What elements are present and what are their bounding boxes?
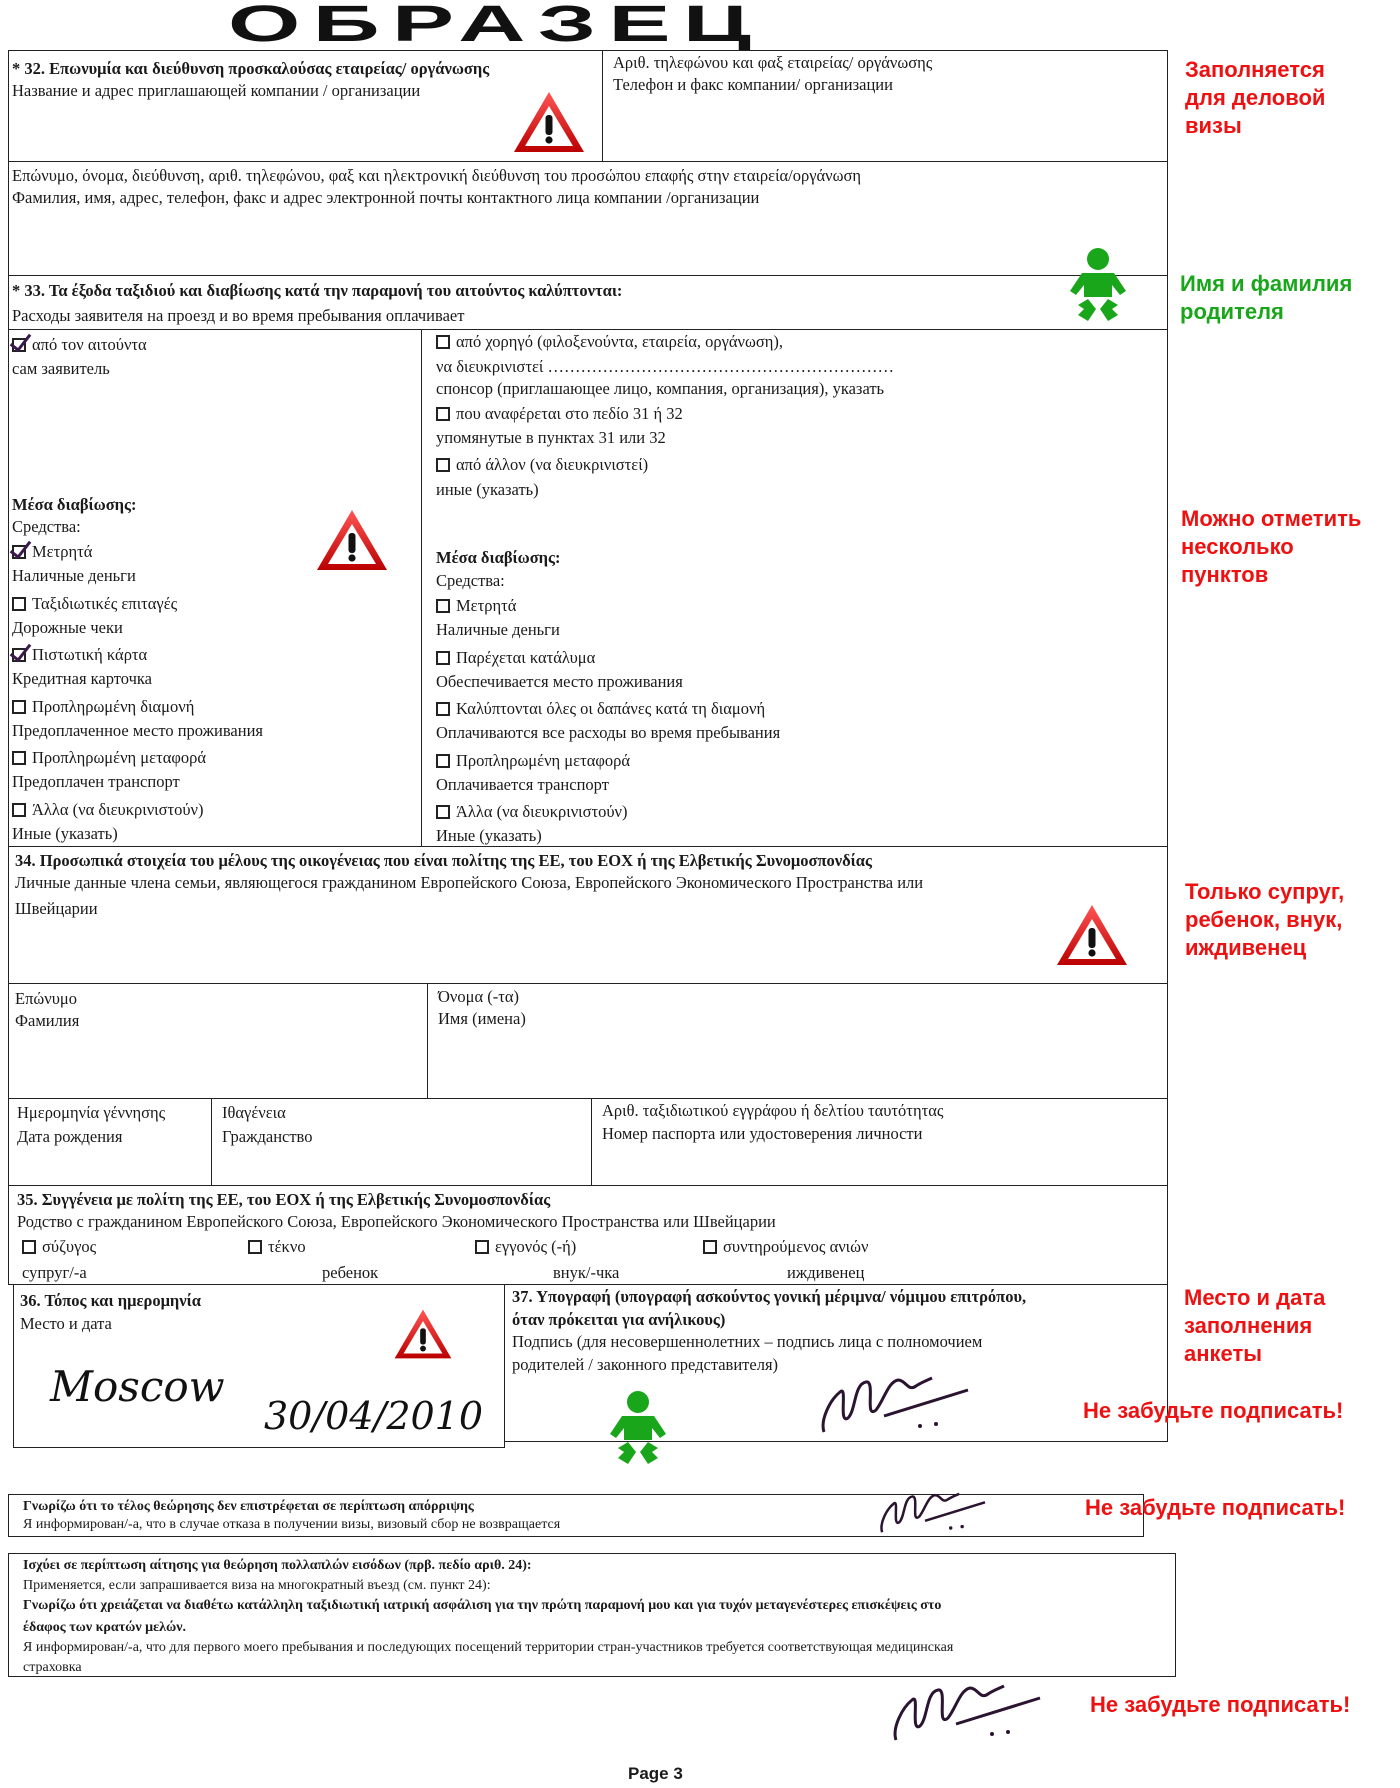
s32-phone-ru: Телефон и факс компании/ организации bbox=[613, 74, 893, 96]
warning-icon bbox=[512, 90, 586, 154]
s35-title-ru: Родство с гражданином Европейского Союза… bbox=[17, 1211, 776, 1233]
option-label-ru: Оплачиваются все расходы во время пребыв… bbox=[436, 722, 780, 744]
signature[interactable] bbox=[870, 1488, 1000, 1538]
s34-doc-ru: Номер паспорта или удостоверения личност… bbox=[602, 1123, 922, 1145]
checkbox[interactable] bbox=[475, 1240, 489, 1254]
s33-title-ru: Расходы заявителя на проезд и во время п… bbox=[12, 305, 464, 327]
s32-phone-field[interactable] bbox=[612, 98, 1162, 158]
left-option[interactable]: Προπληρωμένη διαμονή bbox=[12, 696, 194, 718]
signature[interactable] bbox=[818, 1370, 978, 1440]
s34-name-field[interactable] bbox=[432, 1034, 1162, 1094]
checkbox[interactable] bbox=[703, 1240, 717, 1254]
note-sign-3: Не забудьте подписать! bbox=[1090, 1691, 1350, 1719]
s34-doc-gr: Αριθ. ταξιδιωτικού εγγράφου ή δελτίου τα… bbox=[602, 1100, 943, 1122]
s33-other-ru: иные (указать) bbox=[436, 479, 539, 501]
s35-relation-option[interactable]: σύζυγος bbox=[22, 1236, 96, 1258]
option-label-ru: Обеспечивается место проживания bbox=[436, 671, 683, 693]
checkbox[interactable] bbox=[436, 599, 450, 613]
s33-sponsor-specify[interactable]: να διευκρινιστεί ……………………………………………………… bbox=[436, 356, 894, 378]
s37-title-ru-2: родителей / законного представителя) bbox=[512, 1354, 778, 1376]
relation-label-ru: супруг/-а bbox=[22, 1262, 87, 1284]
option-label-gr: Προπληρωμένη διαμονή bbox=[32, 697, 194, 716]
baby-icon bbox=[606, 1390, 670, 1468]
right-option[interactable]: Μετρητά bbox=[436, 595, 516, 617]
right-option[interactable]: Παρέχεται κατάλυμα bbox=[436, 647, 595, 669]
s33-sponsor-ru: спонсор (приглашающее лицо, компания, ор… bbox=[436, 378, 884, 400]
option-label-gr: Παρέχεται κατάλυμα bbox=[456, 648, 595, 667]
relation-label-gr: σύζυγος bbox=[42, 1237, 96, 1256]
s33-payer-applicant[interactable]: από τον αιτούντα bbox=[12, 334, 147, 356]
relation-label-gr: συντηρούμενος ανιών bbox=[723, 1237, 868, 1256]
s36-place-value[interactable]: Moscow bbox=[50, 1362, 225, 1411]
note-sign-1: Не забудьте подписать! bbox=[1083, 1397, 1343, 1425]
s36-title-ru: Место и дата bbox=[20, 1313, 112, 1335]
left-option[interactable]: Πιστωτική κάρτα bbox=[12, 644, 147, 666]
s33-sponsor[interactable]: από χορηγό (φιλοξενούντα, εταιρεία, οργά… bbox=[436, 331, 783, 353]
s34-dob-gr: Ημερομηνία γέννησης bbox=[17, 1102, 165, 1124]
checkbox-other[interactable] bbox=[436, 458, 450, 472]
option-label-ru: Предоплаченное место проживания bbox=[12, 720, 263, 742]
s32-phone-gr: Αριθ. τηλεφώνου και φαξ εταιρείας/ οργάν… bbox=[613, 52, 932, 74]
checkbox-ref-31-32[interactable] bbox=[436, 407, 450, 421]
s33-right-means-gr: Μέσα διαβίωσης: bbox=[436, 547, 561, 569]
s34-name-ru: Имя (имена) bbox=[438, 1008, 526, 1030]
s35-relation-option[interactable]: συντηρούμενος ανιών bbox=[703, 1236, 868, 1258]
s33-ref-ru: упомянутые в пунктах 31 или 32 bbox=[436, 427, 666, 449]
note-multiple-choice: Можно отметитьнесколькопунктов bbox=[1181, 505, 1361, 589]
s34-dob-ru: Дата рождения bbox=[17, 1126, 122, 1148]
right-option[interactable]: Καλύπτονται όλες οι δαπάνες κατά τη διαμ… bbox=[436, 698, 765, 720]
multi-ru-3: страховка bbox=[23, 1659, 82, 1677]
s34-nat-gr: Ιθαγένεια bbox=[222, 1102, 286, 1124]
left-option[interactable]: Μετρητά bbox=[12, 541, 92, 563]
checkbox[interactable] bbox=[22, 1240, 36, 1254]
s36-title-gr: 36. Τόπος και ημερομηνία bbox=[20, 1290, 201, 1312]
left-option[interactable]: Άλλα (να διευκρινιστούν) bbox=[12, 799, 204, 821]
checkbox[interactable] bbox=[12, 545, 26, 559]
s34-surname-ru: Фамилия bbox=[15, 1010, 79, 1032]
s32-contact-field[interactable] bbox=[12, 212, 1152, 272]
multi-gr-1: Ισχύει σε περίπτωση αίτησης για θεώρηση … bbox=[23, 1557, 532, 1575]
s33-other[interactable]: από άλλον (να διευκρινιστεί) bbox=[436, 454, 648, 476]
checkbox[interactable] bbox=[12, 648, 26, 662]
signature[interactable] bbox=[890, 1678, 1050, 1748]
s37-title-gr-2: όταν πρόκειται για ανήλικους) bbox=[512, 1309, 725, 1331]
warning-icon bbox=[393, 1307, 453, 1361]
s37-title-ru-1: Подпись (для несовершеннолетних – подпис… bbox=[512, 1331, 982, 1353]
s33-payer-applicant-ru: сам заявитель bbox=[12, 358, 110, 380]
s34-title-ru-1: Личные данные члена семьи, являющегося г… bbox=[15, 872, 923, 894]
s32-company-field[interactable] bbox=[12, 106, 512, 158]
multi-ru-1: Применяется, если запрашивается виза на … bbox=[23, 1577, 491, 1595]
s34-title-gr: 34. Προσωπικά στοιχεία του μέλους της οι… bbox=[15, 850, 872, 872]
relation-label-gr: τέκνο bbox=[268, 1237, 306, 1256]
s34-dob-field[interactable] bbox=[12, 1150, 207, 1182]
s34-title-ru-2: Швейцарии bbox=[15, 898, 98, 920]
option-label-ru: Предоплачен транспорт bbox=[12, 771, 180, 793]
s33-left-means-gr: Μέσα διαβίωσης: bbox=[12, 494, 137, 516]
s33-right-means-ru: Средства: bbox=[436, 570, 505, 592]
s34-surname-field[interactable] bbox=[12, 1034, 422, 1094]
baby-icon bbox=[1066, 247, 1130, 325]
checkbox[interactable] bbox=[12, 803, 26, 817]
page-number: Page 3 bbox=[628, 1764, 683, 1784]
checkbox[interactable] bbox=[248, 1240, 262, 1254]
section-34-box bbox=[8, 846, 1168, 1186]
s35-relation-option[interactable]: εγγονός (-ή) bbox=[475, 1236, 576, 1258]
s34-doc-field[interactable] bbox=[596, 1150, 1162, 1182]
right-option[interactable]: Προπληρωμένη μεταφορά bbox=[436, 750, 630, 772]
multi-gr-3: έδαφος των κρατών μελών. bbox=[23, 1619, 186, 1637]
s32-title-ru: Название и адрес приглашающей компании /… bbox=[12, 80, 420, 102]
s32-contact-ru: Фамилия, имя, адрес, телефон, факс и адр… bbox=[12, 187, 759, 209]
checkbox[interactable] bbox=[436, 805, 450, 819]
option-label-ru: Иные (указать) bbox=[436, 825, 542, 847]
checkbox-applicant[interactable] bbox=[12, 338, 26, 352]
checkbox[interactable] bbox=[436, 702, 450, 716]
option-label-gr: Άλλα (να διευκρινιστούν) bbox=[32, 800, 204, 819]
checkbox-sponsor[interactable] bbox=[436, 335, 450, 349]
option-label-ru: Наличные деньги bbox=[12, 565, 136, 587]
s34-nat-field[interactable] bbox=[216, 1150, 586, 1182]
relation-label-ru: иждивенец bbox=[787, 1262, 864, 1284]
warning-icon bbox=[315, 508, 389, 572]
s34-nat-ru: Гражданство bbox=[222, 1126, 312, 1148]
note-business-visa: Заполняетсядля деловойвизы bbox=[1185, 56, 1325, 140]
s33-ref[interactable]: που αναφέρεται στο πεδίο 31 ή 32 bbox=[436, 403, 683, 425]
fee-notice-gr: Γνωρίζω ότι το τέλος θεώρησης δεν επιστρ… bbox=[23, 1498, 474, 1516]
s37-title-gr-1: 37. Υπογραφή (υπογραφή ασκούντος γονική … bbox=[512, 1286, 1026, 1308]
s34-surname-gr: Επώνυμο bbox=[15, 988, 77, 1010]
s35-relation-option[interactable]: τέκνο bbox=[248, 1236, 306, 1258]
option-label-gr: Άλλα (να διευκρινιστούν) bbox=[456, 802, 628, 821]
option-label-ru: Наличные деньги bbox=[436, 619, 560, 641]
warning-icon bbox=[1055, 903, 1129, 967]
relation-label-ru: внук/-чка bbox=[553, 1262, 619, 1284]
s32-contact-gr: Επώνυμο, όνομα, διεύθυνση, αριθ. τηλεφών… bbox=[12, 165, 861, 187]
sample-stamp: ОБРАЗЕЦ bbox=[228, 0, 763, 53]
option-label-gr: Πιστωτική κάρτα bbox=[32, 645, 147, 664]
fee-notice-ru: Я информирован/-а, что в случае отказа в… bbox=[23, 1516, 560, 1534]
option-label-gr: Προπληρωμένη μεταφορά bbox=[456, 751, 630, 770]
multi-ru-2: Я информирован/-а, что для первого моего… bbox=[23, 1639, 953, 1657]
s34-name-gr: Όνομα (-τα) bbox=[438, 986, 519, 1008]
checkbox[interactable] bbox=[436, 651, 450, 665]
s36-date-value[interactable]: 30/04/2010 bbox=[264, 1394, 483, 1438]
option-label-ru: Иные (указать) bbox=[12, 823, 118, 845]
option-label-ru: Кредитная карточка bbox=[12, 668, 152, 690]
option-label-gr: Προπληρωμένη μεταφορά bbox=[32, 748, 206, 767]
right-option[interactable]: Άλλα (να διευκρινιστούν) bbox=[436, 801, 628, 823]
option-label-gr: Μετρητά bbox=[32, 542, 92, 561]
option-label-ru: Дорожные чеки bbox=[12, 617, 123, 639]
left-option[interactable]: Προπληρωμένη μεταφορά bbox=[12, 747, 206, 769]
note-place-date: Место и датазаполненияанкеты bbox=[1184, 1284, 1325, 1368]
checkbox[interactable] bbox=[12, 597, 26, 611]
option-label-gr: Ταξιδιωτικές επιταγές bbox=[32, 594, 177, 613]
note-relatives-only: Только супруг,ребенок, внук,иждивенец bbox=[1185, 878, 1344, 962]
option-label-gr: Μετρητά bbox=[456, 596, 516, 615]
checkbox[interactable] bbox=[436, 754, 450, 768]
multi-gr-2: Γνωρίζω ότι χρειάζεται να διαθέτω κατάλλ… bbox=[23, 1597, 941, 1615]
s35-title-gr: 35. Συγγένεια με πολίτη της ΕΕ, του ΕΟΧ … bbox=[17, 1189, 550, 1211]
option-label-gr: Καλύπτονται όλες οι δαπάνες κατά τη διαμ… bbox=[456, 699, 765, 718]
option-label-ru: Оплачивается транспорт bbox=[436, 774, 609, 796]
checkbox[interactable] bbox=[12, 751, 26, 765]
note-parent-name: Имя и фамилияродителя bbox=[1180, 270, 1352, 326]
s33-title-gr: * 33. Τα έξοδα ταξιδιού και διαβίωσης κα… bbox=[12, 280, 622, 302]
checkbox[interactable] bbox=[12, 700, 26, 714]
relation-label-gr: εγγονός (-ή) bbox=[495, 1237, 576, 1256]
s32-title-gr: * 32. Επωνυμία και διεύθυνση προσκαλούσα… bbox=[12, 58, 489, 80]
left-option[interactable]: Ταξιδιωτικές επιταγές bbox=[12, 593, 177, 615]
relation-label-ru: ребенок bbox=[322, 1262, 378, 1284]
note-sign-2: Не забудьте подписать! bbox=[1085, 1494, 1345, 1522]
